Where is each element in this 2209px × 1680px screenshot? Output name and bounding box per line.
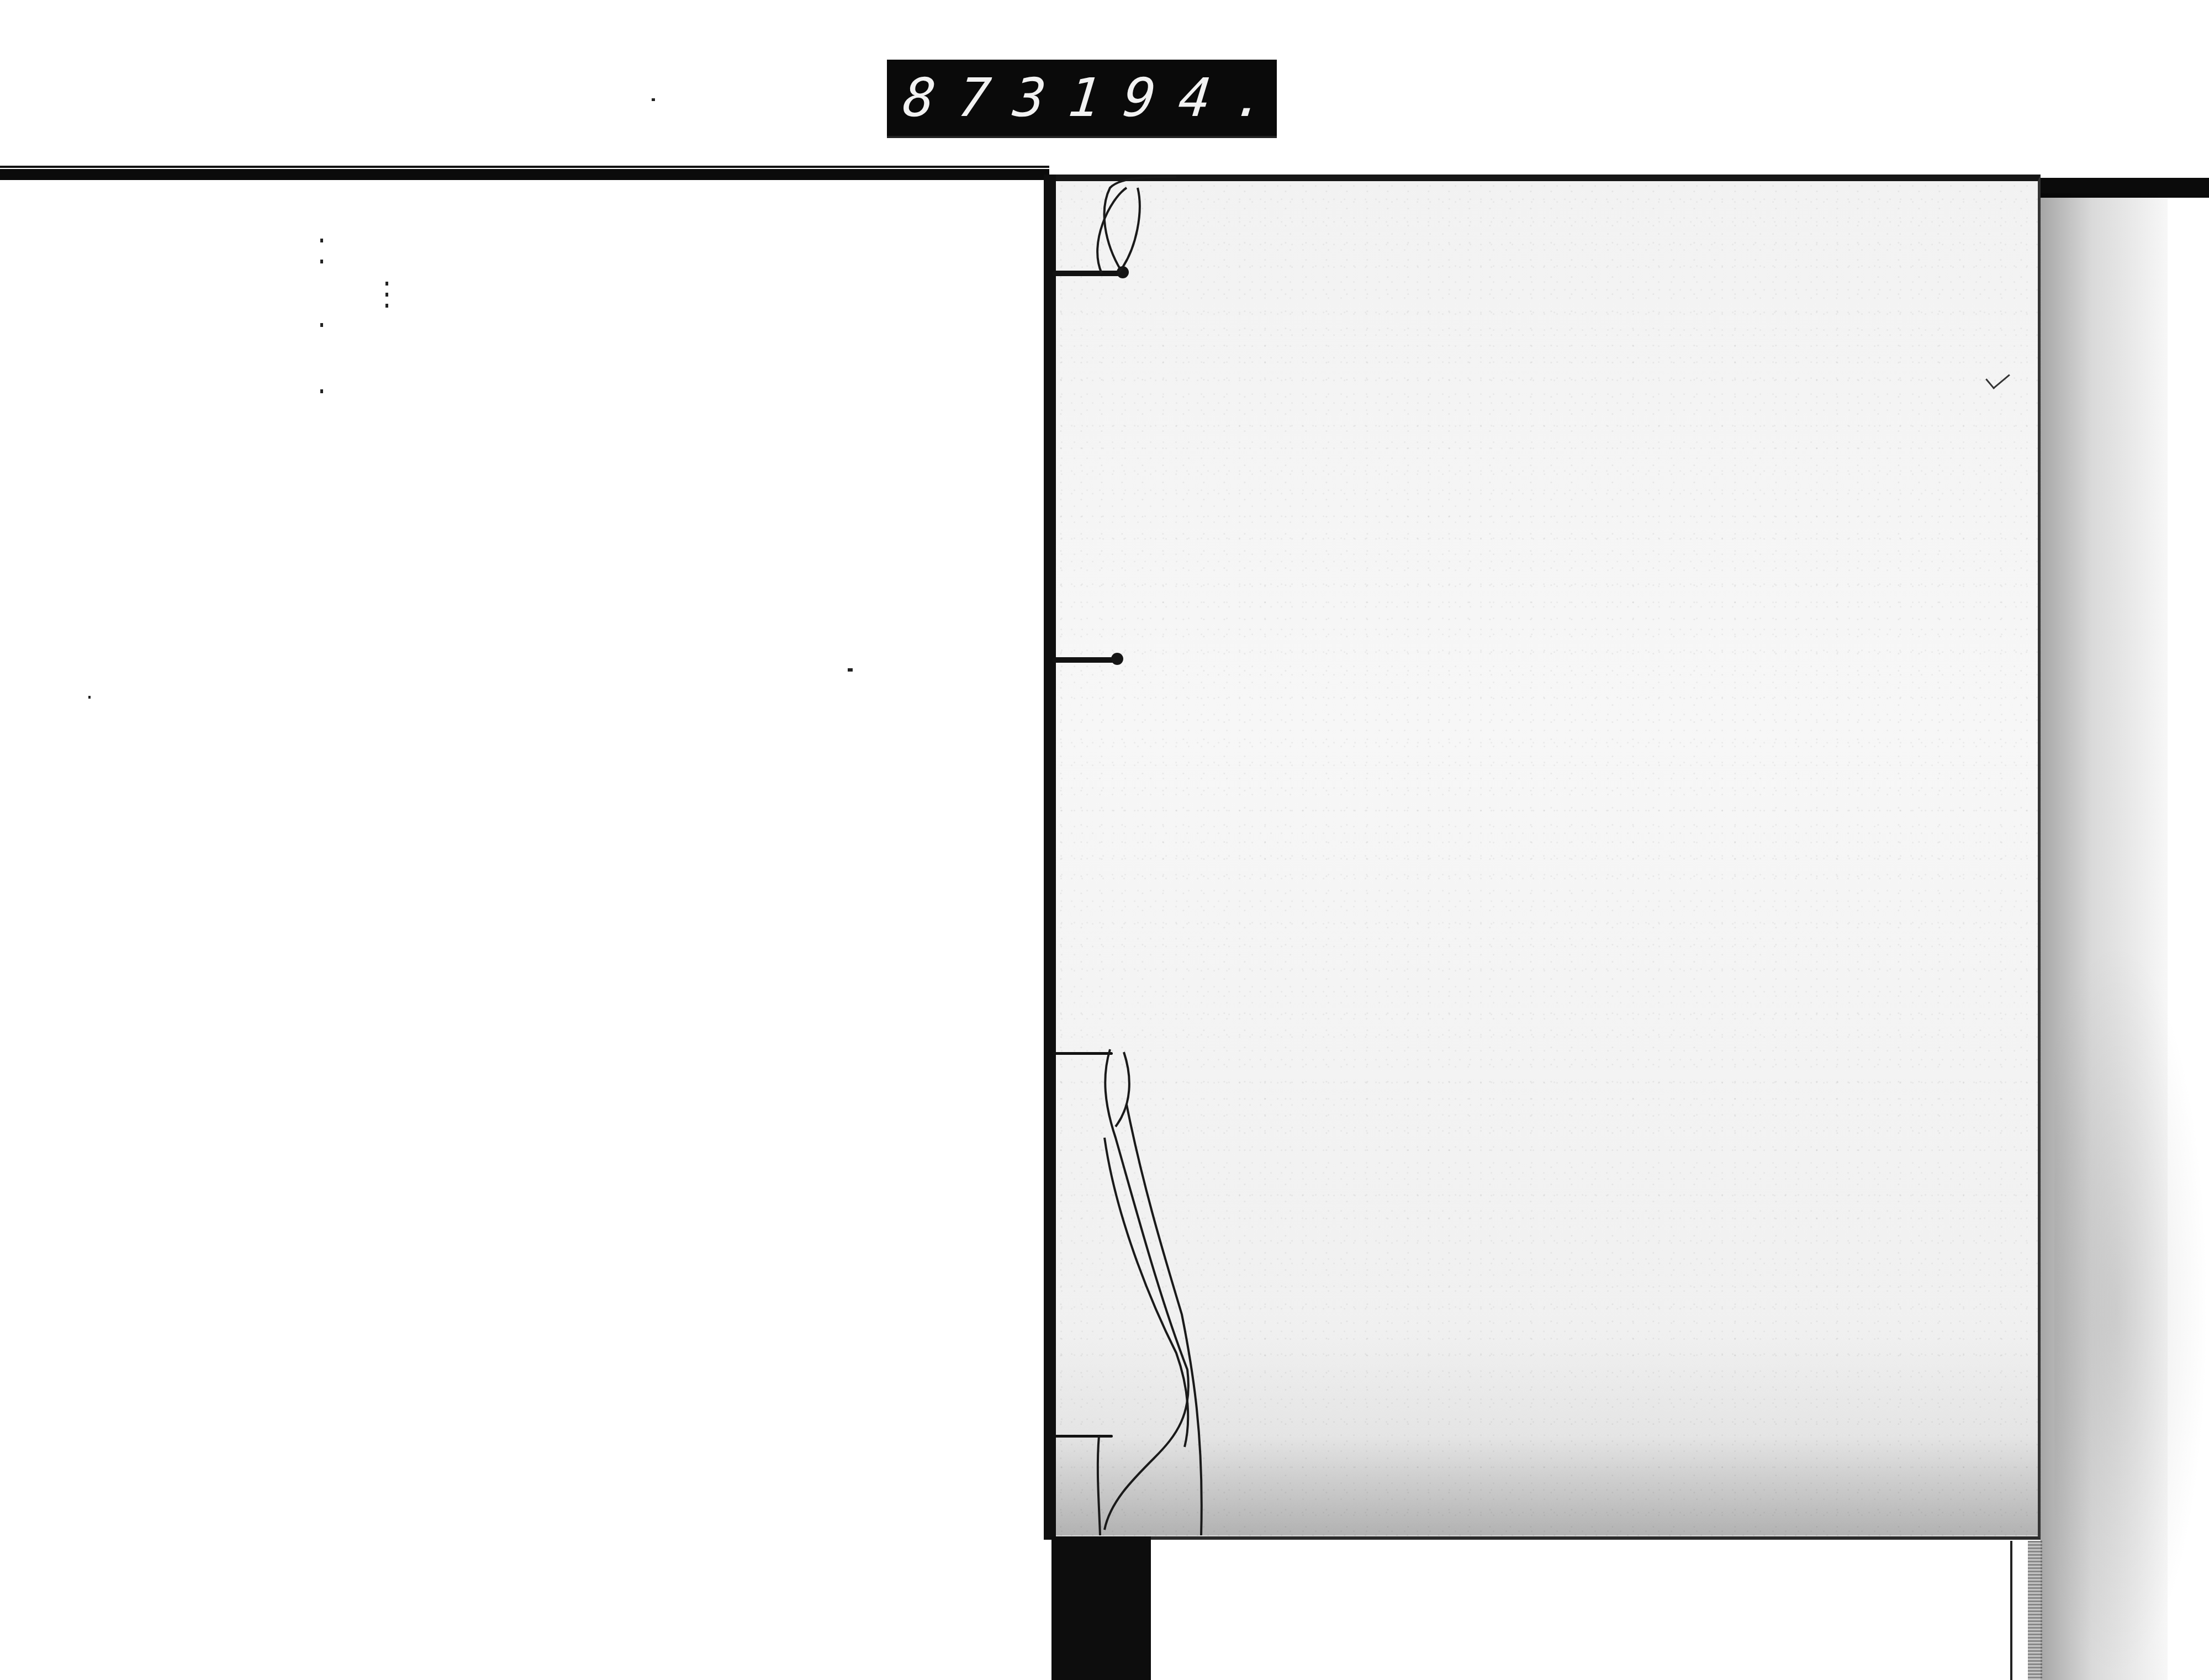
- binding-tie-top: [1052, 271, 1124, 276]
- frame-number-label: 873 194.: [887, 60, 1277, 138]
- scan-speck: [385, 282, 388, 286]
- cover-bottom-shading: [1056, 1436, 2038, 1535]
- scan-speck: [385, 304, 388, 308]
- scan-speck: [320, 323, 323, 327]
- binding-tie-middle: [1052, 657, 1118, 663]
- scan-speck: [320, 239, 323, 242]
- scan-speck: [320, 260, 323, 263]
- scan-speck: [385, 293, 388, 297]
- scan-rule-top: [0, 169, 1049, 180]
- binding-knot-middle: [1111, 653, 1123, 665]
- reel-number: 873: [901, 71, 1071, 124]
- binding-knot-top: [1117, 266, 1129, 278]
- lower-book-spine: [1051, 1536, 1151, 1680]
- scan-speck: [652, 98, 655, 101]
- frame-number: 194.: [1066, 71, 1292, 124]
- lower-page-edge: [2010, 1541, 2012, 1680]
- background-shadow: [2054, 939, 2209, 1680]
- book-cover: [1047, 175, 2041, 1540]
- scan-speck: [88, 696, 91, 699]
- microfilm-scan: 873 194.: [0, 0, 2209, 1680]
- binding-tie-lower: [1052, 1052, 1113, 1055]
- scan-speck: [848, 668, 853, 672]
- book-spine: [1044, 175, 1056, 1540]
- lower-page-stack: [2028, 1541, 2042, 1680]
- scan-rule-thin: [0, 166, 1049, 168]
- scan-speck: [320, 389, 323, 393]
- binding-tie-bottom: [1052, 1435, 1113, 1438]
